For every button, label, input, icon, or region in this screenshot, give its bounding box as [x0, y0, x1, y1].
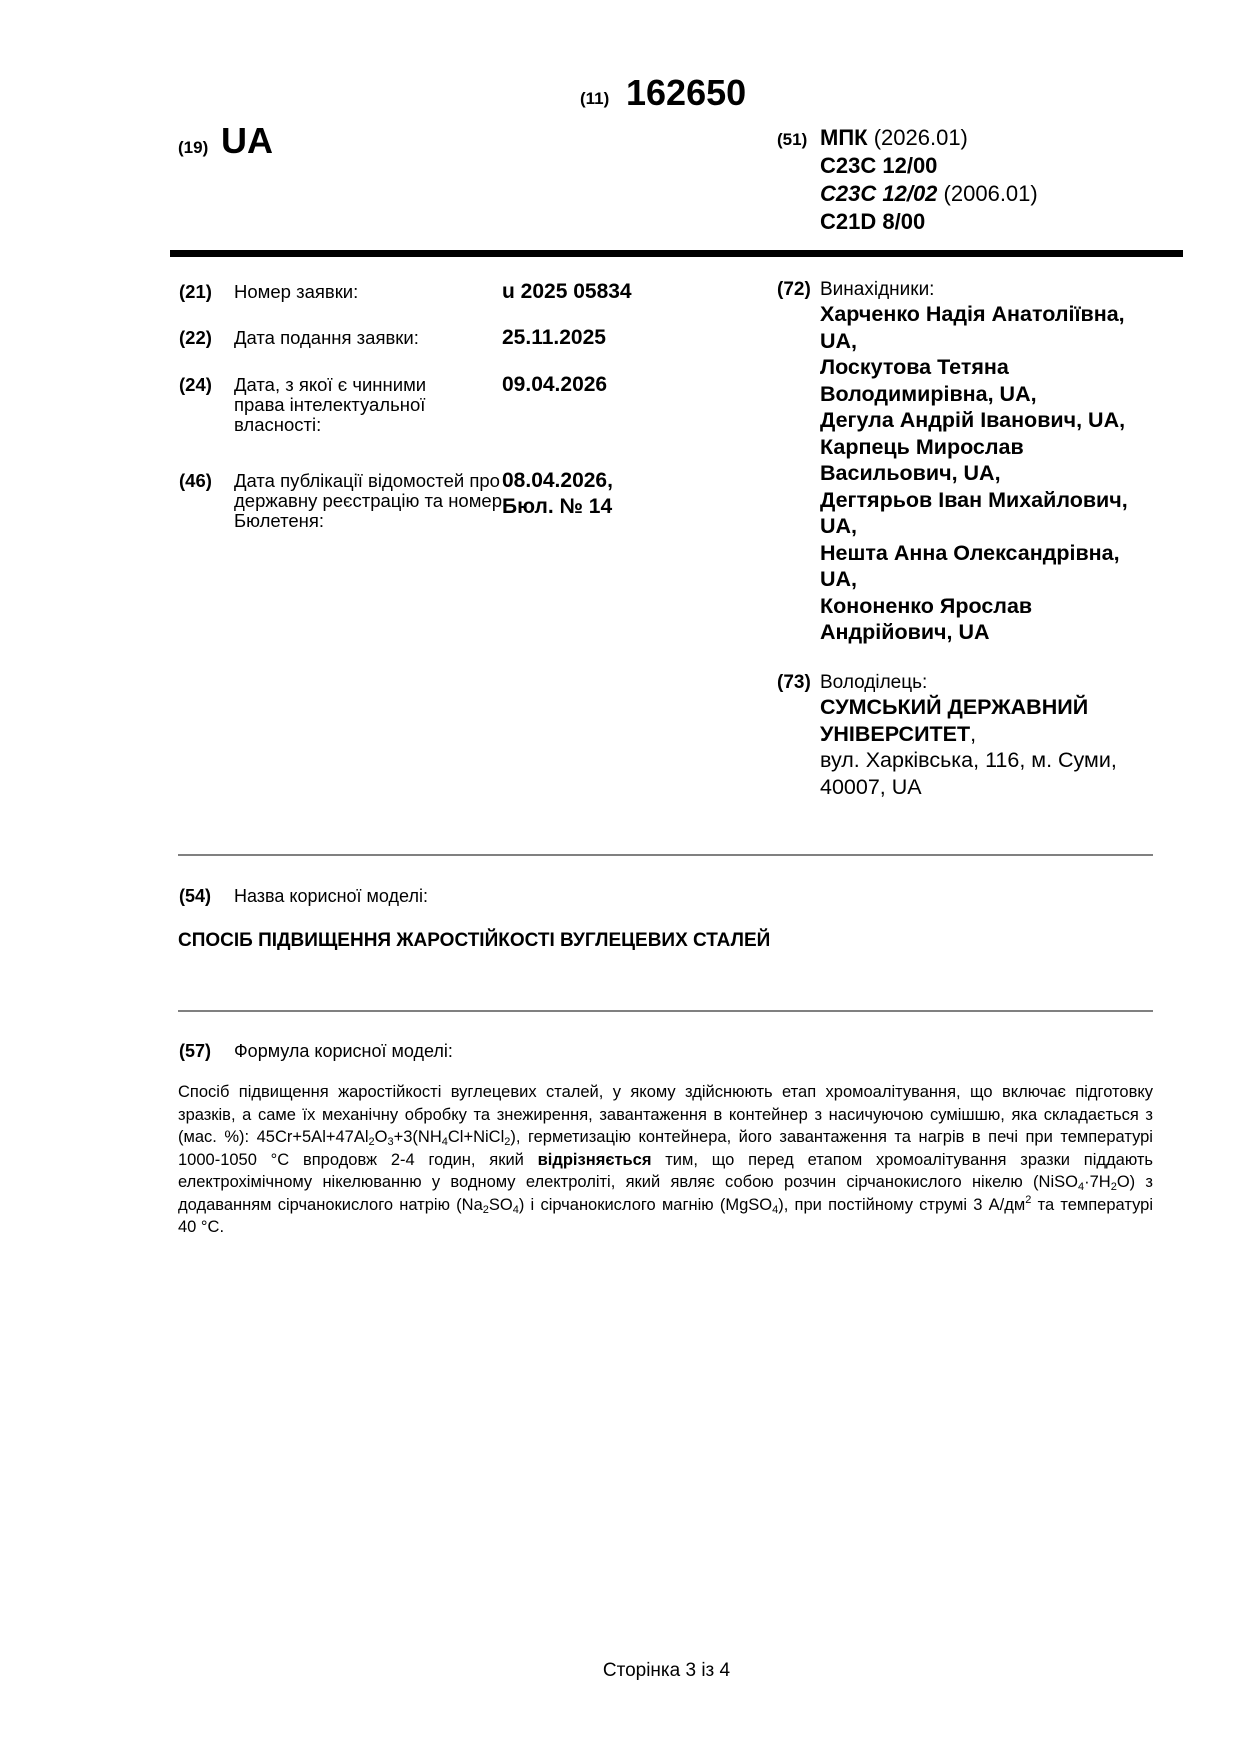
inventor-line: Васильович, UA,: [820, 460, 1128, 487]
claim-text: Спосіб підвищення жаростійкості вуглецев…: [178, 1081, 1153, 1239]
ipc-version: (2026.01): [874, 125, 968, 150]
claim-fragment: O: [375, 1128, 388, 1146]
field-code: (46): [179, 471, 212, 491]
country: UA: [221, 120, 273, 162]
application-number: u 2025 05834: [502, 279, 632, 305]
country-code-label: (19): [178, 138, 208, 158]
ipc-list: МПК (2026.01) C23C 12/00 C23C 12/02 (200…: [820, 124, 1038, 236]
inventor-list: Харченко Надія Анатоліївна, UA, Лоскутов…: [820, 301, 1128, 646]
ipc-block: (51) МПК (2026.01) C23C 12/00 C23C 12/02…: [777, 124, 807, 154]
owner-name-line: СУМСЬКИЙ ДЕРЖАВНИЙ: [820, 694, 1117, 721]
field-code: (73): [777, 672, 811, 694]
claims-code: (57): [179, 1041, 211, 1062]
ipc-class-version: (2006.01): [944, 181, 1038, 206]
publication-date: 08.04.2026,: [502, 468, 613, 494]
owner-details: СУМСЬКИЙ ДЕРЖАВНИЙ УНІВЕРСИТЕТ, вул. Хар…: [820, 694, 1117, 800]
inventor-line: Нешта Анна Олександрівна,: [820, 540, 1128, 567]
ipc-code: (51): [777, 130, 807, 149]
ipc-header: МПК (2026.01): [820, 124, 1038, 152]
section-divider: [178, 854, 1153, 856]
section-divider: [178, 1010, 1153, 1012]
field-label: Дата подання заявки:: [234, 328, 494, 348]
title-code: (54): [179, 886, 211, 907]
filing-date: 25.11.2025: [502, 325, 606, 351]
bulletin-number: Бюл. № 14: [502, 494, 612, 520]
field-code: (21): [179, 282, 212, 302]
ipc-class: C23C 12/02 (2006.01): [820, 180, 1038, 208]
claim-fragment: SO: [489, 1196, 513, 1214]
inventor-line: Андрійович, UA: [820, 619, 1128, 646]
inventor-line: UA,: [820, 566, 1128, 593]
title-label: Назва корисної моделі:: [234, 886, 428, 907]
claim-fragment: +3(NH: [394, 1128, 442, 1146]
inventor-line: UA,: [820, 513, 1128, 540]
inventor-line: UA,: [820, 328, 1128, 355]
ipc-class: C23C 12/00: [820, 152, 1038, 180]
ipc-class: C21D 8/00: [820, 208, 1038, 236]
field-code: (22): [179, 328, 212, 348]
header-rule: [170, 250, 1183, 257]
ipc-label: МПК: [820, 125, 868, 150]
field-label: Дата, з якої є чинними права інтелектуал…: [234, 375, 464, 435]
owner-name: УНІВЕРСИТЕТ: [820, 722, 970, 746]
inventor-line: Кононенко Ярослав: [820, 593, 1128, 620]
publication-number: 162650: [626, 72, 746, 114]
inventor-line: Дегтярьов Іван Михайлович,: [820, 487, 1128, 514]
claims-label: Формула корисної моделі:: [234, 1041, 453, 1062]
page-number: Сторінка 3 із 4: [0, 1660, 1241, 1682]
inventor-line: Харченко Надія Анатоліївна,: [820, 301, 1128, 328]
owner-address: 40007, UA: [820, 774, 1117, 801]
distinguishing-phrase: відрізняється: [538, 1151, 652, 1169]
claim-fragment: ), при постійному струмі 3 А/дм: [778, 1196, 1025, 1214]
field-label: Винахідники:: [820, 279, 934, 301]
claim-fragment: Cl+NiCl: [448, 1128, 504, 1146]
inventor-line: Дегула Андрій Іванович, UA,: [820, 407, 1128, 434]
owner-address: вул. Харківська, 116, м. Суми,: [820, 747, 1117, 774]
field-label: Володілець:: [820, 672, 927, 694]
field-label: Дата публікації відомостей про державну …: [234, 471, 504, 531]
claim-fragment: ) і сірчанокислого магнію (MgSO: [519, 1196, 772, 1214]
inventor-line: Карпець Мирослав: [820, 434, 1128, 461]
effective-date: 09.04.2026: [502, 372, 607, 398]
inventor-line: Лоскутова Тетяна: [820, 354, 1128, 381]
publication-number-code: (11): [580, 89, 609, 109]
claim-fragment: ·7H: [1084, 1173, 1111, 1191]
inventor-line: Володимирівна, UA,: [820, 381, 1128, 408]
owner-name-line: УНІВЕРСИТЕТ,: [820, 721, 1117, 748]
field-code: (72): [777, 279, 811, 301]
field-code: (24): [179, 375, 212, 395]
owner-name-suffix: ,: [970, 722, 976, 746]
ipc-class-text: C23C 12/02: [820, 181, 937, 206]
field-label: Номер заявки:: [234, 282, 494, 302]
utility-model-title: СПОСІБ ПІДВИЩЕННЯ ЖАРОСТІЙКОСТІ ВУГЛЕЦЕВ…: [178, 930, 770, 952]
